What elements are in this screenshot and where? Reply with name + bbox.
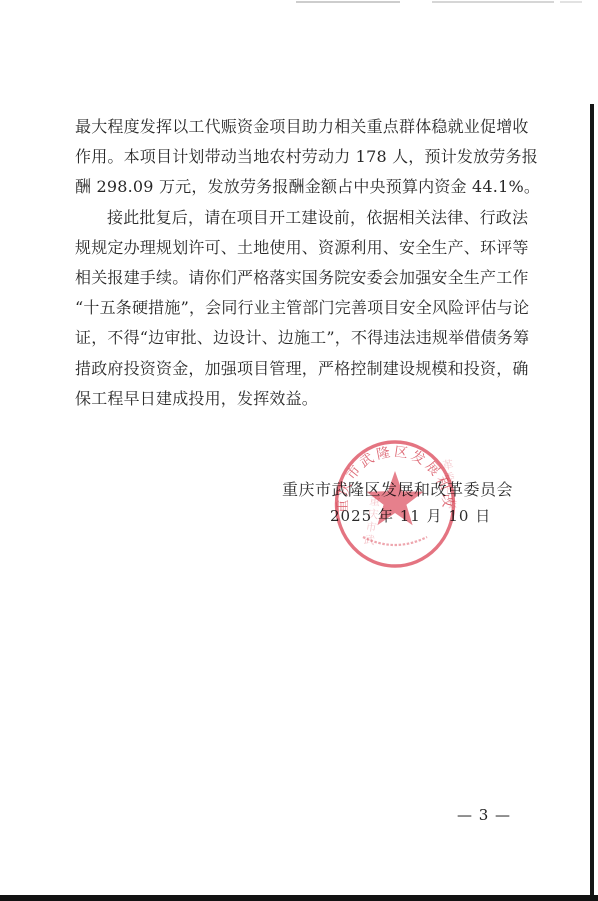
seal-serial-arc [363, 537, 427, 545]
body-line: “十五条硬措施”，会同行业主管部门完善项目安全风险评估与论 [75, 293, 523, 323]
body-line: 接此批复后，请在项目开工建设前，依据相关法律、行政法 [75, 203, 523, 233]
body-line: 措政府投资资金，加强项目管理，严格控制建设规模和投资，确 [75, 354, 523, 384]
official-seal: 重庆市武隆区发展和改革委员会 [331, 439, 459, 571]
scan-artifact-top [560, 1, 582, 3]
seal-star-icon [366, 471, 423, 525]
document-page: 最大程度发挥以工代赈资金项目助力相关重点群体稳就业促增收 作用。本项目计划带动当… [0, 0, 598, 901]
body-line: 证，不得“边审批、边设计、边施工”，不得违法违规举借债务筹 [75, 323, 523, 353]
body-line: 最大程度发挥以工代赈资金项目助力相关重点群体稳就业促增收 [75, 112, 523, 142]
page-number: — 3 — [424, 806, 544, 824]
body-line: 相关报建手续。请你们严格落实国务院安委会加强安全生产工作 [75, 263, 523, 293]
body-line: 作用。本项目计划带动当地农村劳动力 178 人，预计发放劳务报 [75, 142, 523, 172]
body-line: 酬 298.09 万元，发放劳务报酬金额占中央预算内资金 44.1%。 [75, 172, 523, 202]
scan-edge-right [590, 104, 594, 901]
scan-artifact-top [432, 1, 554, 3]
scan-edge-bottom [0, 895, 598, 901]
scan-artifact-top [296, 1, 400, 3]
body-line: 保工程早日建成投用，发挥效益。 [75, 384, 523, 414]
body-line: 规规定办理规划许可、土地使用、资源利用、安全生产、环评等 [75, 233, 523, 263]
body-text: 最大程度发挥以工代赈资金项目助力相关重点群体稳就业促增收 作用。本项目计划带动当… [75, 112, 523, 414]
